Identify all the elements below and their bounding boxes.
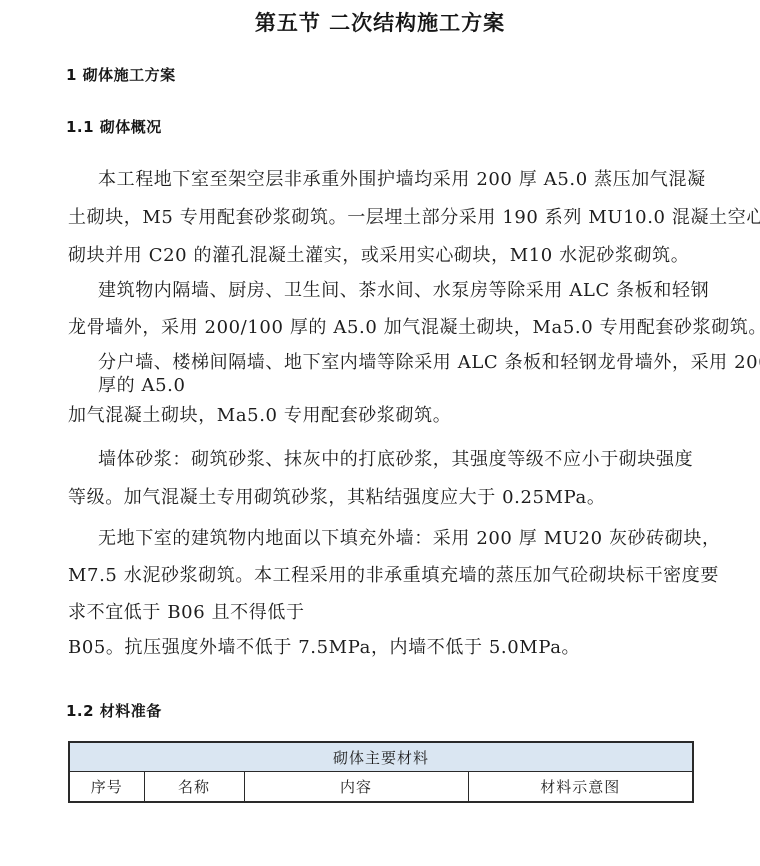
paragraph-line: 无地下室的建筑物内地面以下填充外墙：采用 200 厚 MU20 灰砂砖砌块，: [98, 527, 721, 551]
column-header-content: 内容: [244, 772, 468, 803]
paragraph-line: 加气混凝土砌块，Ma5.0 专用配套砂浆砌筑。: [68, 404, 451, 428]
paragraph-line: 砌块并用 C20 的灌孔混凝土灌实，或采用实心砌块，M10 水泥砂浆砌筑。: [68, 244, 689, 268]
table-header-row: 序号 名称 内容 材料示意图: [69, 772, 693, 803]
paragraph-line: 墙体砂浆：砌筑砂浆、抹灰中的打底砂浆，其强度等级不应小于砌块强度: [98, 448, 693, 472]
paragraph-line: 等级。加气混凝土专用砌筑砂浆，其粘结强度应大于 0.25MPa。: [68, 486, 605, 510]
paragraph-line: 分户墙、楼梯间隔墙、地下室内墙等除采用 ALC 条板和轻钢龙骨墙外，采用 200: [98, 351, 760, 375]
paragraph-line: 土砌块，M5 专用配套砂浆砌筑。一层埋土部分采用 190 系列 MU10.0 混…: [68, 206, 760, 230]
paragraph-line: B05。抗压强度外墙不低于 7.5MPa，内墙不低于 5.0MPa。: [68, 636, 580, 660]
paragraph-line: M7.5 水泥砂浆砌筑。本工程采用的非承重填充墙的蒸压加气砼砌块标干密度要: [68, 564, 719, 588]
paragraph-line: 厚的 A5.0: [98, 374, 186, 398]
paragraph-line: 本工程地下室至架空层非承重外围护墙均采用 200 厚 A5.0 蒸压加气混凝: [98, 168, 706, 192]
table-title-row: 砌体主要材料: [69, 742, 693, 772]
column-header-name: 名称: [144, 772, 244, 803]
document-page: 第五节 二次结构施工方案 1 砌体施工方案 1.1 砌体概况 本工程地下室至架空…: [0, 0, 760, 866]
masonry-materials-table: 砌体主要材料 序号 名称 内容 材料示意图: [68, 741, 694, 803]
heading-masonry-plan: 1 砌体施工方案: [66, 64, 176, 85]
paragraph-line: 求不宜低于 B06 且不得低于: [68, 601, 305, 625]
column-header-serial: 序号: [69, 772, 144, 803]
heading-masonry-overview: 1.1 砌体概况: [66, 116, 162, 137]
page-title: 第五节 二次结构施工方案: [0, 7, 760, 37]
column-header-material-diagram: 材料示意图: [468, 772, 693, 803]
heading-material-preparation: 1.2 材料准备: [66, 700, 162, 721]
table-title-cell: 砌体主要材料: [69, 742, 693, 772]
paragraph-line: 龙骨墙外，采用 200/100 厚的 A5.0 加气混凝土砌块，Ma5.0 专用…: [68, 316, 760, 340]
paragraph-line: 建筑物内隔墙、厨房、卫生间、茶水间、水泵房等除采用 ALC 条板和轻钢: [98, 279, 709, 303]
